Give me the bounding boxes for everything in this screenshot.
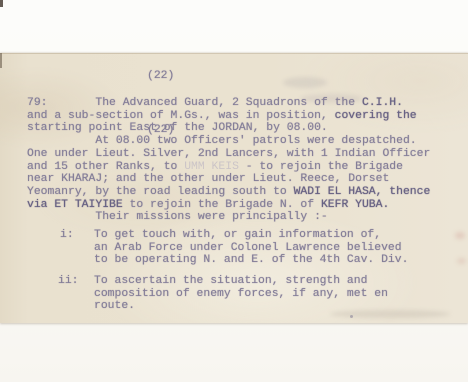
text-segment: At 08.00 two Officers' patrols were desp…: [27, 135, 417, 147]
text-line: Their missions were principally :-: [27, 211, 430, 224]
text-segment: and 15 other Ranks, to: [27, 161, 184, 173]
text-line: to be operating N. and E. of the 4th Cav…: [94, 254, 408, 267]
text-segment: - to rejoin the Brigade: [239, 161, 403, 173]
text-segment: WADI EL HASA, thence: [294, 186, 431, 198]
text-segment: and a sub-section of M.Gs., was in posit…: [27, 110, 335, 122]
text-segment: UMM KEIS: [184, 161, 239, 173]
text-line: The Advanced Guard, 2 Squadrons of the C…: [27, 97, 430, 110]
ink-smudge: [283, 77, 327, 88]
text-line: near KHARAJ; and the other under Lieut. …: [27, 173, 430, 186]
photo-corner-artifact: [0, 0, 3, 7]
text-segment: Their missions were principally :-: [27, 211, 328, 223]
text-line: composition of enemy forces, if any, met…: [94, 288, 388, 301]
text-line: an Arab Force under Colonel Lawrence bel…: [94, 242, 408, 255]
page-number-overlay: (22): [147, 70, 174, 83]
ink-smudge: [455, 232, 465, 239]
text-segment: C.I.H.: [362, 97, 403, 109]
text-segment: starting point East of the JORDAN, by 08…: [27, 122, 328, 134]
text-segment: Yeomanry, by the road leading south to: [27, 186, 294, 198]
document-photo: (22) (22) 79: The Advanced Guard, 2 Squa…: [0, 0, 468, 382]
text-line: At 08.00 two Officers' patrols were desp…: [27, 135, 430, 148]
ink-dot: [350, 315, 353, 318]
text-segment: via ET TAIYIBE: [27, 199, 123, 211]
ink-smudge: [457, 258, 466, 264]
text-line: To ascertain the situation, strength and: [94, 275, 388, 288]
text-line: Yeomanry, by the road leading south to W…: [27, 186, 430, 199]
text-segment: near KHARAJ; and the other under Lieut. …: [27, 173, 389, 185]
paragraph-block: The Advanced Guard, 2 Squadrons of the C…: [27, 97, 430, 224]
text-segment: covering the: [335, 110, 417, 122]
text-line: via ET TAIYIBE to rejoin the Brigade N. …: [27, 199, 430, 212]
mission-item-lines: To get touch with, or gain information o…: [94, 229, 408, 267]
text-segment: One under Lieut. Silver, 2nd Lancers, wi…: [27, 148, 430, 160]
text-line: One under Lieut. Silver, 2nd Lancers, wi…: [27, 148, 430, 161]
text-segment: to rejoin the Brigade N. of: [123, 199, 321, 211]
paper-edge-artifact: [0, 53, 2, 68]
text-line: To get touch with, or gain information o…: [94, 229, 408, 242]
text-line: starting point East of the JORDAN, by 08…: [27, 122, 430, 135]
ink-smudge: [330, 310, 450, 318]
ink-smudge: [300, 94, 362, 103]
mission-item-label: i:: [60, 229, 74, 242]
text-line: and a sub-section of M.Gs., was in posit…: [27, 110, 430, 123]
mission-item-label: ii:: [58, 275, 79, 288]
mission-item-lines: To ascertain the situation, strength and…: [94, 275, 388, 313]
text-segment: KEFR YUBA.: [321, 199, 389, 211]
text-line: and 15 other Ranks, to UMM KEIS - to rej…: [27, 161, 430, 174]
